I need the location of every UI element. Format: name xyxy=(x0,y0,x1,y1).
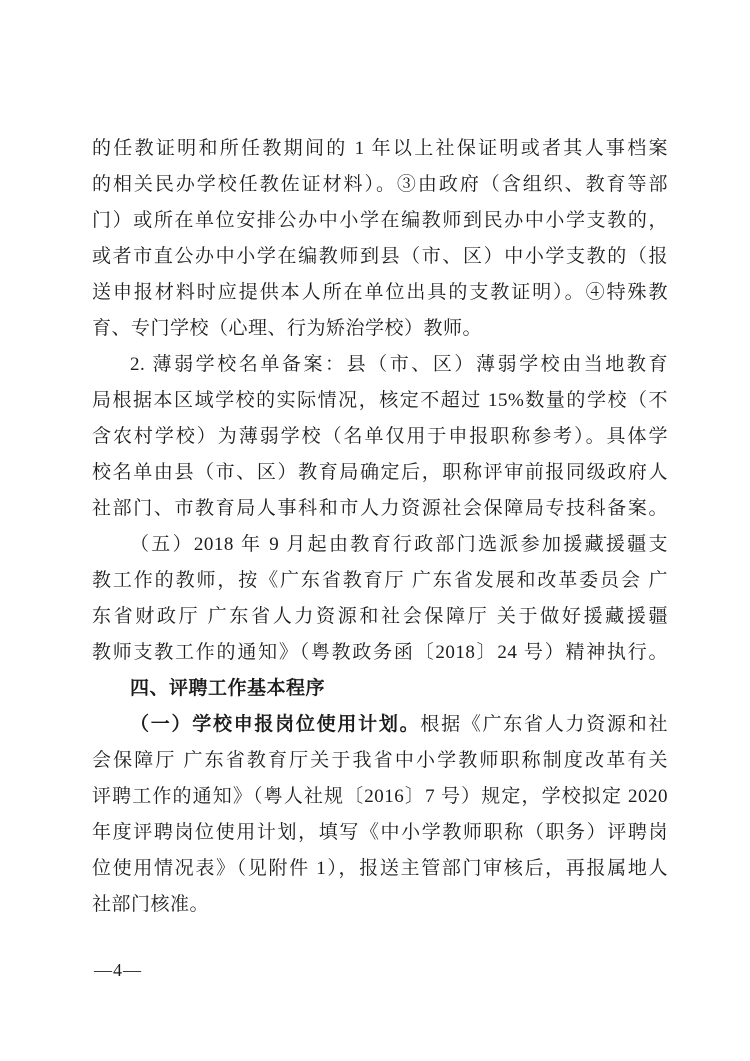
text-segment: 含农村学校）为薄弱学校（名单仅用于申报职称参考）。具体学 xyxy=(92,426,668,447)
text-segment: 或者市直公办中小学在编教师到县（市、区）中小学支教的（报 xyxy=(92,246,668,267)
text-line: 2. 薄弱学校名单备案：县（市、区）薄弱学校由当地教育 xyxy=(92,347,668,383)
text-line: 或者市直公办中小学在编教师到县（市、区）中小学支教的（报 xyxy=(92,239,668,275)
document-page: 的任教证明和所任教期间的 1 年以上社保证明或者其人事档案的相关民办学校任教佐证… xyxy=(0,0,750,1061)
text-segment: （五）2018 年 9 月起由教育行政部门选派参加援藏援疆支 xyxy=(130,534,668,555)
text-line: 教工作的教师，按《广东省教育厅 广东省发展和改革委员会 广 xyxy=(92,563,668,599)
text-line: 门）或所在单位安排公办中小学在编教师到民办中小学支教的， xyxy=(92,203,668,239)
text-segment: 教工作的教师，按《广东省教育厅 广东省发展和改革委员会 广 xyxy=(92,570,668,591)
text-line: 育、专门学校（心理、行为矫治学校）教师。 xyxy=(92,311,668,347)
text-segment: 校名单由县（市、区）教育局确定后，职称评审前报同级政府人 xyxy=(92,462,668,483)
text-line: 含农村学校）为薄弱学校（名单仅用于申报职称参考）。具体学 xyxy=(92,419,668,455)
text-segment: 东省财政厅 广东省人力资源和社会保障厅 关于做好援藏援疆 xyxy=(92,606,668,627)
text-line: （一）学校申报岗位使用计划。根据《广东省人力资源和社 xyxy=(92,707,668,743)
text-segment: 评聘工作的通知》（粤人社规〔2016〕7 号）规定，学校拟定 2020 xyxy=(92,786,668,807)
text-segment: 门）或所在单位安排公办中小学在编教师到民办中小学支教的， xyxy=(92,210,668,231)
text-line: 的任教证明和所任教期间的 1 年以上社保证明或者其人事档案 xyxy=(92,131,668,167)
text-segment: 育、专门学校（心理、行为矫治学校）教师。 xyxy=(92,318,482,339)
text-line: 东省财政厅 广东省人力资源和社会保障厅 关于做好援藏援疆 xyxy=(92,599,668,635)
text-line: 校名单由县（市、区）教育局确定后，职称评审前报同级政府人 xyxy=(92,455,668,491)
text-segment: 送申报材料时应提供本人所在单位出具的支教证明）。④特殊教 xyxy=(92,282,668,303)
text-line: 社部门、市教育局人事科和市人力资源社会保障局专技科备案。 xyxy=(92,491,668,527)
text-line: 四、评聘工作基本程序 xyxy=(92,671,668,707)
text-segment: 社部门核准。 xyxy=(92,894,209,915)
text-line: 教师支教工作的通知》（粤教政务函〔2018〕24 号）精神执行。 xyxy=(92,635,668,671)
bold-text-segment: 四、评聘工作基本程序 xyxy=(130,678,325,699)
text-line: 评聘工作的通知》（粤人社规〔2016〕7 号）规定，学校拟定 2020 xyxy=(92,779,668,815)
text-segment: 年度评聘岗位使用计划，填写《中小学教师职称（职务）评聘岗 xyxy=(92,822,668,843)
text-line: 的相关民办学校任教佐证材料）。③由政府（含组织、教育等部 xyxy=(92,167,668,203)
page-number: —4— xyxy=(94,960,142,981)
text-line: 年度评聘岗位使用计划，填写《中小学教师职称（职务）评聘岗 xyxy=(92,815,668,851)
text-segment: 会保障厅 广东省教育厅关于我省中小学教师职称制度改革有关 xyxy=(92,750,668,771)
text-line: 会保障厅 广东省教育厅关于我省中小学教师职称制度改革有关 xyxy=(92,743,668,779)
text-line: （五）2018 年 9 月起由教育行政部门选派参加援藏援疆支 xyxy=(92,527,668,563)
text-line: 社部门核准。 xyxy=(92,887,668,923)
text-segment: 2. 薄弱学校名单备案：县（市、区）薄弱学校由当地教育 xyxy=(130,354,668,375)
bold-text-segment: （一）学校申报岗位使用计划。 xyxy=(130,714,420,735)
text-segment: 根据《广东省人力资源和社 xyxy=(420,714,668,735)
text-line: 送申报材料时应提供本人所在单位出具的支教证明）。④特殊教 xyxy=(92,275,668,311)
text-segment: 局根据本区域学校的实际情况，核定不超过 15%数量的学校（不 xyxy=(92,390,668,411)
document-body: 的任教证明和所任教期间的 1 年以上社保证明或者其人事档案的相关民办学校任教佐证… xyxy=(92,131,668,923)
text-line: 局根据本区域学校的实际情况，核定不超过 15%数量的学校（不 xyxy=(92,383,668,419)
text-segment: 位使用情况表》（见附件 1），报送主管部门审核后，再报属地人 xyxy=(92,858,668,879)
text-segment: 教师支教工作的通知》（粤教政务函〔2018〕24 号）精神执行。 xyxy=(92,642,668,663)
text-segment: 的任教证明和所任教期间的 1 年以上社保证明或者其人事档案 xyxy=(92,138,668,159)
text-segment: 的相关民办学校任教佐证材料）。③由政府（含组织、教育等部 xyxy=(92,174,668,195)
text-line: 位使用情况表》（见附件 1），报送主管部门审核后，再报属地人 xyxy=(92,851,668,887)
text-segment: 社部门、市教育局人事科和市人力资源社会保障局专技科备案。 xyxy=(92,498,668,519)
